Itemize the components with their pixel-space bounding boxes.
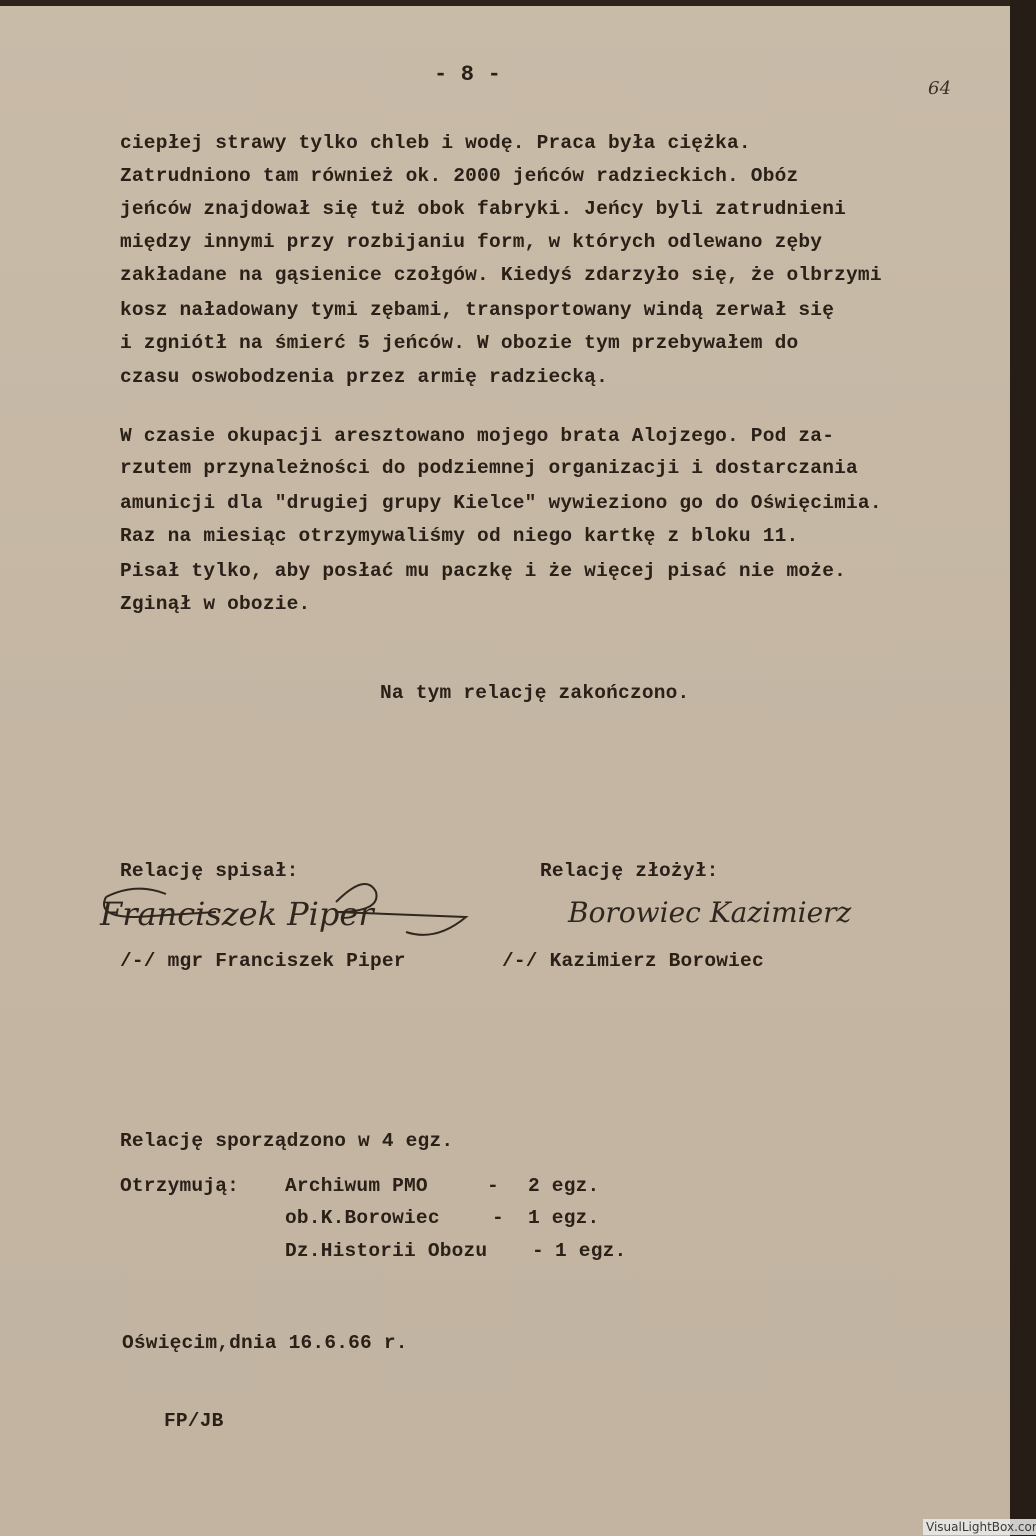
- text-line: kosz naładowany tymi zębami, transportow…: [120, 299, 834, 321]
- recipient-name: Dz.Historii Obozu: [285, 1240, 487, 1262]
- recipient-dash: -: [492, 1207, 504, 1229]
- copies-statement: Relację sporządzono w 4 egz.: [120, 1130, 453, 1152]
- text-line: rzutem przynależności do podziemnej orga…: [120, 457, 858, 479]
- recipient-dash: -: [532, 1240, 544, 1262]
- signature-flourish-icon: [96, 872, 476, 952]
- text-line: Zatrudniono tam również ok. 2000 jeńców …: [120, 165, 798, 187]
- right-signature-label: Relację złożył:: [540, 860, 719, 882]
- recipient-count: 2 egz.: [528, 1175, 599, 1197]
- text-line: Raz na miesiąc otrzymywaliśmy od niego k…: [120, 525, 798, 547]
- text-line: Pisał tylko, aby posłać mu paczkę i że w…: [120, 560, 846, 582]
- recipient-count: 1 egz.: [555, 1240, 626, 1262]
- recipient-name: ob.K.Borowiec: [285, 1207, 440, 1229]
- left-typed-name: /-/ mgr Franciszek Piper: [120, 950, 406, 972]
- folio-mark: 64: [928, 78, 951, 99]
- watermark: VisualLightBox.com: [923, 1519, 1036, 1535]
- closing-statement: Na tym relację zakończono.: [380, 682, 689, 704]
- text-line: i zgniótł na śmierć 5 jeńców. W obozie t…: [120, 332, 798, 354]
- text-line: amunicji dla "drugiej grupy Kielce" wywi…: [120, 492, 882, 514]
- right-handwritten-signature: Borowiec Kazimierz: [568, 896, 851, 929]
- place-date: Oświęcim,dnia 16.6.66 r.: [122, 1332, 408, 1354]
- right-typed-name: /-/ Kazimierz Borowiec: [502, 950, 764, 972]
- top-edge: [0, 0, 1036, 6]
- text-line: ciepłej strawy tylko chleb i wodę. Praca…: [120, 132, 751, 154]
- text-line: czasu oswobodzenia przez armię radziecką…: [120, 366, 608, 388]
- recipient-dash: -: [487, 1175, 499, 1197]
- initials: FP/JB: [164, 1410, 224, 1432]
- text-line: W czasie okupacji aresztowano mojego bra…: [120, 425, 834, 447]
- recipients-label: Otrzymują:: [120, 1175, 239, 1197]
- recipient-count: 1 egz.: [528, 1207, 599, 1229]
- recipient-name: Archiwum PMO: [285, 1175, 428, 1197]
- right-edge: [1010, 0, 1036, 1536]
- page-number: - 8 -: [434, 62, 501, 87]
- text-line: jeńców znajdował się tuż obok fabryki. J…: [120, 198, 846, 220]
- text-line: między innymi przy rozbijaniu form, w kt…: [120, 231, 822, 253]
- text-line: zakładane na gąsienice czołgów. Kiedyś z…: [120, 264, 882, 286]
- text-line: Zginął w obozie.: [120, 593, 310, 615]
